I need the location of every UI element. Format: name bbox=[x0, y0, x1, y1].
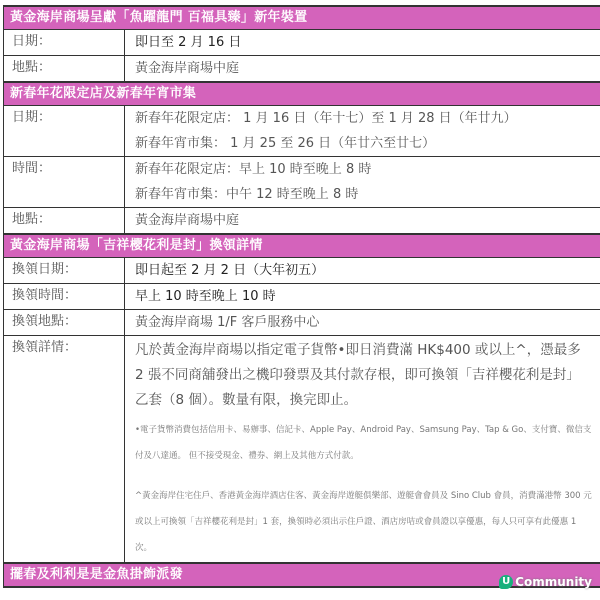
row-label: 日期： bbox=[4, 30, 125, 55]
watermark-text: Community bbox=[515, 575, 592, 589]
table-row: 地點： 黃金海岸商場中庭 bbox=[4, 56, 600, 82]
date-value: 即日至 2 月 16 日 bbox=[135, 30, 600, 55]
row-value: 即日至 2 月 16 日 bbox=[125, 30, 600, 55]
payment-methods-note: •電子貨幣消費包括信用卡、易辦事、信記卡、Apple Pay、Android P… bbox=[135, 417, 600, 469]
row-label: 時間： bbox=[4, 157, 125, 207]
table-row: 換領日期： 即日起至 2 月 2 日（大年初五） bbox=[4, 258, 600, 284]
row-value: 新春年花限定店：早上 10 時至晚上 8 時 新春年宵市集：中午 12 時至晚上… bbox=[125, 157, 600, 207]
row-label: 地點： bbox=[4, 208, 125, 233]
time-line: 新春年宵市集：中午 12 時至晚上 8 時 bbox=[135, 182, 600, 207]
row-value: 黃金海岸商場 1/F 客戶服務中心 bbox=[125, 310, 600, 335]
table-row: 換領地點： 黃金海岸商場 1/F 客戶服務中心 bbox=[4, 310, 600, 336]
row-value: 早上 10 時至晚上 10 時 bbox=[125, 284, 600, 309]
row-value: 黃金海岸商場中庭 bbox=[125, 56, 600, 81]
row-label: 地點： bbox=[4, 56, 125, 81]
row-value: 黃金海岸商場中庭 bbox=[125, 208, 600, 233]
row-value: 凡於黃金海岸商場以指定電子貨幣•即日消費滿 HK$400 或以上^，憑最多 2 … bbox=[125, 336, 600, 562]
redeem-details-paragraph: 凡於黃金海岸商場以指定電子貨幣•即日消費滿 HK$400 或以上^，憑最多 2 … bbox=[135, 336, 600, 413]
location-value: 黃金海岸商場中庭 bbox=[135, 208, 600, 233]
row-label: 換領詳情： bbox=[4, 336, 125, 562]
date-line: 新春年花限定店： 1 月 16 日（年十七）至 1 月 28 日（年廿九） bbox=[135, 106, 600, 131]
table-row: 時間： 新春年花限定店：早上 10 時至晚上 8 時 新春年宵市集：中午 12 … bbox=[4, 157, 600, 208]
table-row: 日期： 即日至 2 月 16 日 bbox=[4, 30, 600, 56]
event-info-table: 黃金海岸商場呈獻「魚躍龍門 百福具臻」新年裝置 日期： 即日至 2 月 16 日… bbox=[3, 5, 600, 588]
redeem-time-value: 早上 10 時至晚上 10 時 bbox=[135, 284, 600, 309]
row-label: 日期： bbox=[4, 106, 125, 156]
time-line: 新春年花限定店：早上 10 時至晚上 8 時 bbox=[135, 157, 600, 182]
table-row: 地點： 黃金海岸商場中庭 bbox=[4, 208, 600, 234]
section-header-new-year-installation: 黃金海岸商場呈獻「魚躍龍門 百福具臻」新年裝置 bbox=[4, 6, 600, 30]
row-label: 換領地點： bbox=[4, 310, 125, 335]
table-row: 換領詳情： 凡於黃金海岸商場以指定電子貨幣•即日消費滿 HK$400 或以上^，… bbox=[4, 336, 600, 563]
date-line: 新春年宵市集： 1 月 25 至 26 日（年廿六至廿七） bbox=[135, 131, 600, 156]
row-value: 即日起至 2 月 2 日（大年初五） bbox=[125, 258, 600, 283]
redeem-date-value: 即日起至 2 月 2 日（大年初五） bbox=[135, 258, 600, 283]
row-value: 新春年花限定店： 1 月 16 日（年十七）至 1 月 28 日（年廿九） 新春… bbox=[125, 106, 600, 156]
community-watermark: U Community bbox=[499, 575, 592, 589]
row-label: 換領時間： bbox=[4, 284, 125, 309]
table-row: 換領時間： 早上 10 時至晚上 10 時 bbox=[4, 284, 600, 310]
table-row: 日期： 新春年花限定店： 1 月 16 日（年十七）至 1 月 28 日（年廿九… bbox=[4, 106, 600, 157]
redeem-location-value: 黃金海岸商場 1/F 客戶服務中心 bbox=[135, 310, 600, 335]
section-header-flower-market: 新春年花限定店及新春年宵市集 bbox=[4, 82, 600, 106]
location-value: 黃金海岸商場中庭 bbox=[135, 56, 600, 81]
u-community-logo-icon: U bbox=[499, 575, 513, 589]
section-header-red-packet-redemption: 黃金海岸商場「吉祥櫻花利是封」換領詳情 bbox=[4, 234, 600, 258]
row-label: 換領日期： bbox=[4, 258, 125, 283]
member-offer-note: ^黃金海岸住宅住戶、香港黃金海岸酒店住客、黃金海岸遊艇俱樂部、遊艇會會員及 Si… bbox=[135, 483, 600, 561]
